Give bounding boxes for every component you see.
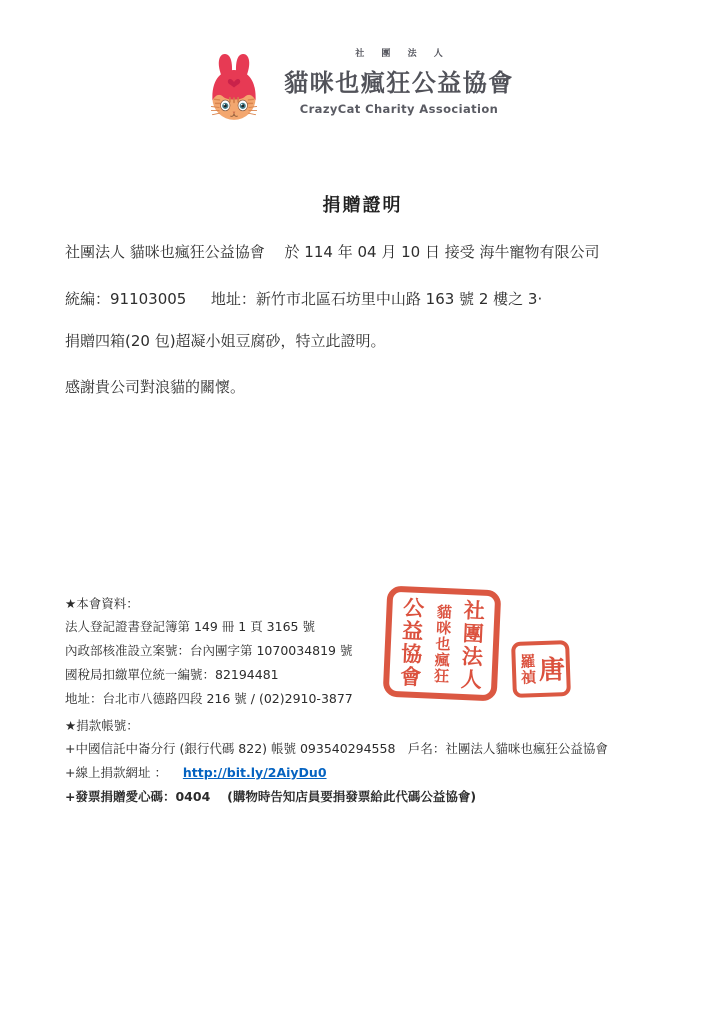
org-seal-column-right: 社團法人 xyxy=(460,598,485,691)
donation-certificate-page: 社 團 法 人 貓咪也瘋狂公益協會 CrazyCat Charity Assoc… xyxy=(0,0,725,1024)
info-registry-line: 法人登記證書登記簿第 149 冊 1 頁 3165 號 xyxy=(65,617,315,635)
cat-bunny-hood-icon xyxy=(205,50,263,126)
org-type-label: 社 團 法 人 xyxy=(277,46,521,59)
body-line-tax-id-address: 統編：91103005 地址：新竹市北區石坊里中山路 163 號 2 樓之 3· xyxy=(65,288,542,309)
page-title: 捐贈證明 xyxy=(0,191,725,217)
logo-text-block: 社 團 法 人 貓咪也瘋狂公益協會 CrazyCat Charity Assoc… xyxy=(277,46,521,116)
donation-bank-line: +中國信託中崙分行 (銀行代碼 822) 帳號 093540294558 戶名：… xyxy=(65,739,608,757)
association-logo: 社 團 法 人 貓咪也瘋狂公益協會 CrazyCat Charity Assoc… xyxy=(205,46,521,126)
info-approval-line: 內政部核准設立案號：台內團字第 1070034819 號 xyxy=(65,641,352,659)
info-section-header: ★本會資料： xyxy=(65,594,139,612)
donation-online-line: +線上捐款網址 ： http://bit.ly/2AiyDu0 xyxy=(65,763,327,781)
info-tax-unit-line: 國稅局扣繳單位統一編號：82194481 xyxy=(65,665,279,683)
org-name-english: CrazyCat Charity Association xyxy=(277,102,521,116)
donation-section-header: ★捐款帳號： xyxy=(65,716,139,734)
personal-name-seal-stamp: 唐 羅禎 xyxy=(511,640,571,698)
org-name: 貓咪也瘋狂公益協會 xyxy=(277,63,521,98)
body-line-recipient: 社團法人 貓咪也瘋狂公益協會 於 114 年 04 月 10 日 接受 海牛寵物… xyxy=(65,241,600,262)
info-address-line: 地址：台北市八德路四段 216 號 / (02)2910-3877 xyxy=(65,689,353,707)
donation-url-link[interactable]: http://bit.ly/2AiyDu0 xyxy=(183,765,327,780)
donation-online-label: +線上捐款網址 ： xyxy=(65,765,167,780)
name-seal-column-right: 唐 xyxy=(536,655,563,682)
donation-invoice-line: +發票捐贈愛心碼：0404 (購物時告知店員要捐發票給此代碼公益協會) xyxy=(65,787,476,805)
org-seal-column-left: 公益協會 xyxy=(399,596,424,689)
body-line-thanks: 感謝貴公司對浪貓的關懷。 xyxy=(65,376,245,397)
body-line-donation-items: 捐贈四箱(20 包)超凝小姐豆腐砂，特立此證明。 xyxy=(65,330,386,351)
org-seal-column-middle: 貓咪也瘋狂 xyxy=(433,603,451,684)
organization-seal-stamp: 社團法人 貓咪也瘋狂 公益協會 xyxy=(383,586,502,702)
